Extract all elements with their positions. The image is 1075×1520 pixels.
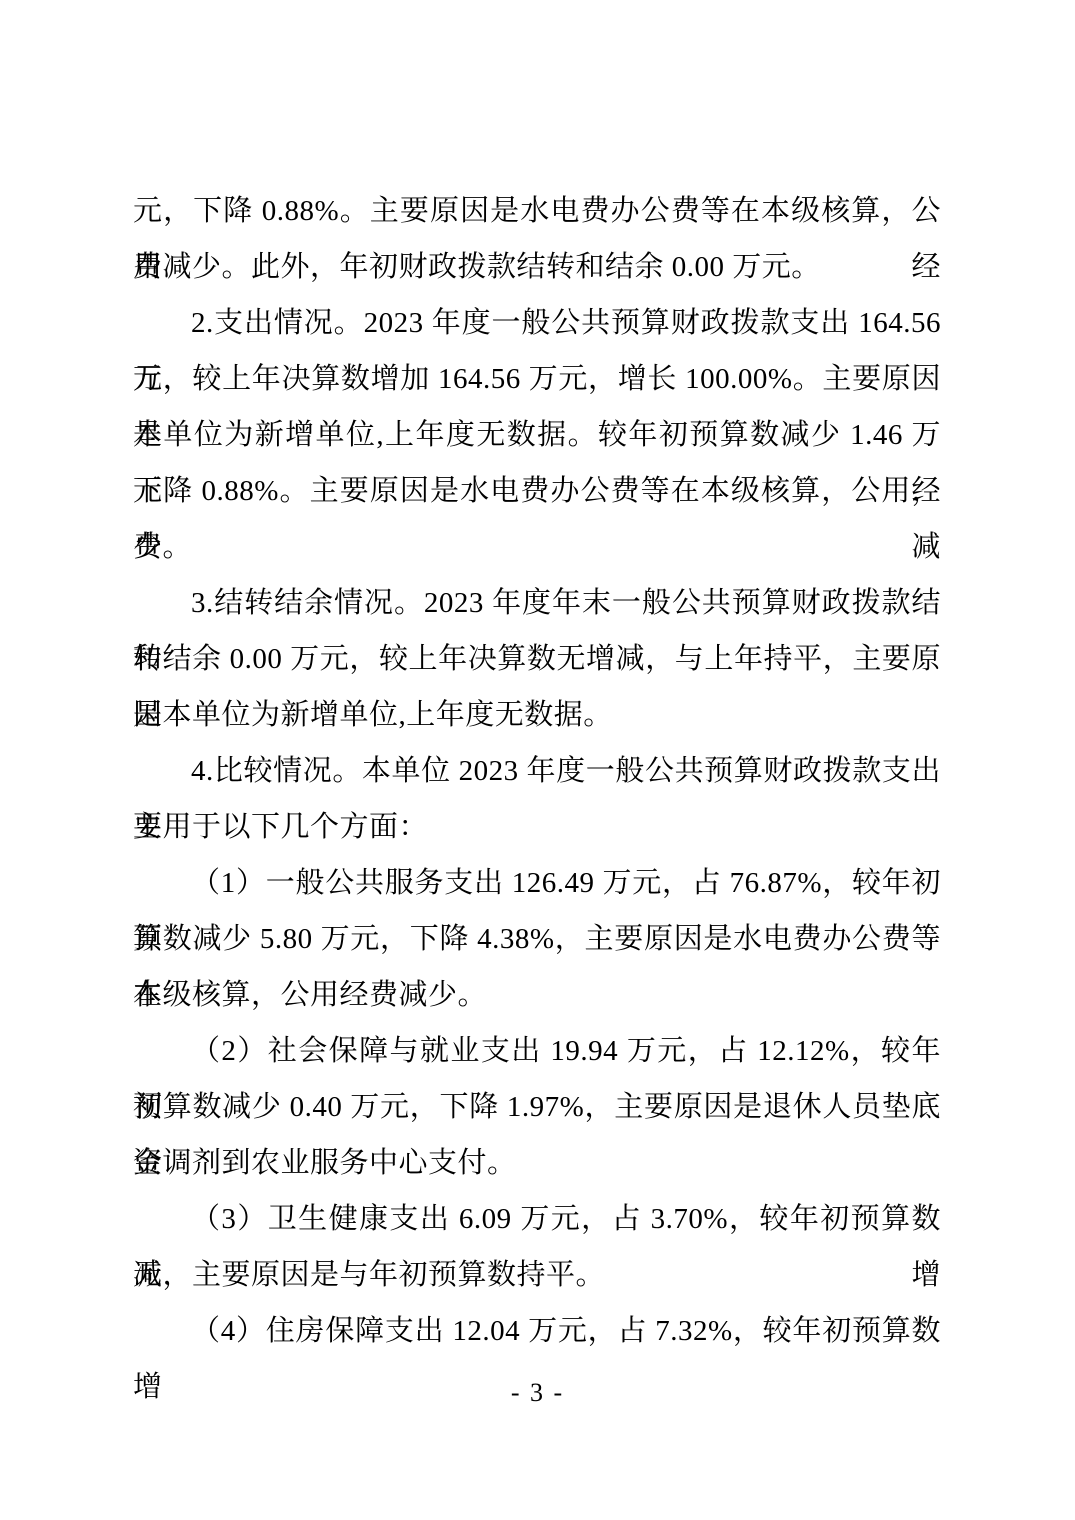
text-line: 2.支出情况。2023 年度一般公共预算财政拨款支出 164.56 万 (133, 295, 941, 351)
text-line: 费减少。此外，年初财政拨款结转和结余 0.00 万元。 (133, 239, 941, 295)
text-line: 和结余 0.00 万元，较上年决算数无增减，与上年持平，主要原因 (133, 631, 941, 687)
text-line: （3）卫生健康支出 6.09 万元，占 3.70%，较年初预算数无增 (133, 1191, 941, 1247)
text-line: 金调剂到农业服务中心支付。 (133, 1135, 941, 1191)
text-line: 预算数减少 0.40 万元，下降 1.97%，主要原因是退休人员垫底资 (133, 1079, 941, 1135)
paragraph-general-public-services: （1）一般公共服务支出 126.49 万元，占 76.87%，较年初预 算数减少… (133, 855, 941, 1023)
paragraph-housing: （4）住房保障支出 12.04 万元，占 7.32%，较年初预算数增 (133, 1303, 941, 1359)
paragraph-social-security: （2）社会保障与就业支出 19.94 万元，占 12.12%，较年初 预算数减少… (133, 1023, 941, 1191)
text-line: （4）住房保障支出 12.04 万元，占 7.32%，较年初预算数增 (133, 1303, 941, 1359)
document-body-text: 元，下降 0.88%。主要原因是水电费办公费等在本级核算，公用经 费减少。此外，… (133, 183, 941, 1359)
text-line: 3.结转结余情况。2023 年度年末一般公共预算财政拨款结转 (133, 575, 941, 631)
text-line: 本级核算，公用经费减少。 (133, 967, 941, 1023)
text-line: （1）一般公共服务支出 126.49 万元，占 76.87%，较年初预 (133, 855, 941, 911)
paragraph-expenditure: 2.支出情况。2023 年度一般公共预算财政拨款支出 164.56 万 元，较上… (133, 295, 941, 575)
paragraph-carryover: 3.结转结余情况。2023 年度年末一般公共预算财政拨款结转 和结余 0.00 … (133, 575, 941, 743)
text-line: 下降 0.88%。主要原因是水电费办公费等在本级核算，公用经费减 (133, 463, 941, 519)
paragraph-revenue-continued: 元，下降 0.88%。主要原因是水电费办公费等在本级核算，公用经 费减少。此外，… (133, 183, 941, 295)
page-number: - 3 - (0, 1376, 1075, 1410)
text-line: 元，较上年决算数增加 164.56 万元，增长 100.00%。主要原因是 (133, 351, 941, 407)
paragraph-health: （3）卫生健康支出 6.09 万元，占 3.70%，较年初预算数无增 减，主要原… (133, 1191, 941, 1303)
text-line: 是本单位为新增单位,上年度无数据。 (133, 687, 941, 743)
text-line: 4.比较情况。本单位 2023 年度一般公共预算财政拨款支出主 (133, 743, 941, 799)
text-line: 要用于以下几个方面： (133, 799, 941, 855)
paragraph-comparison-intro: 4.比较情况。本单位 2023 年度一般公共预算财政拨款支出主 要用于以下几个方… (133, 743, 941, 855)
text-line: 算数减少 5.80 万元，下降 4.38%，主要原因是水电费办公费等在 (133, 911, 941, 967)
text-line: （2）社会保障与就业支出 19.94 万元，占 12.12%，较年初 (133, 1023, 941, 1079)
text-line: 元，下降 0.88%。主要原因是水电费办公费等在本级核算，公用经 (133, 183, 941, 239)
text-line: 本单位为新增单位,上年度无数据。较年初预算数减少 1.46 万元， (133, 407, 941, 463)
document-page: { "page": { "background_color": "#ffffff… (0, 0, 1075, 1520)
